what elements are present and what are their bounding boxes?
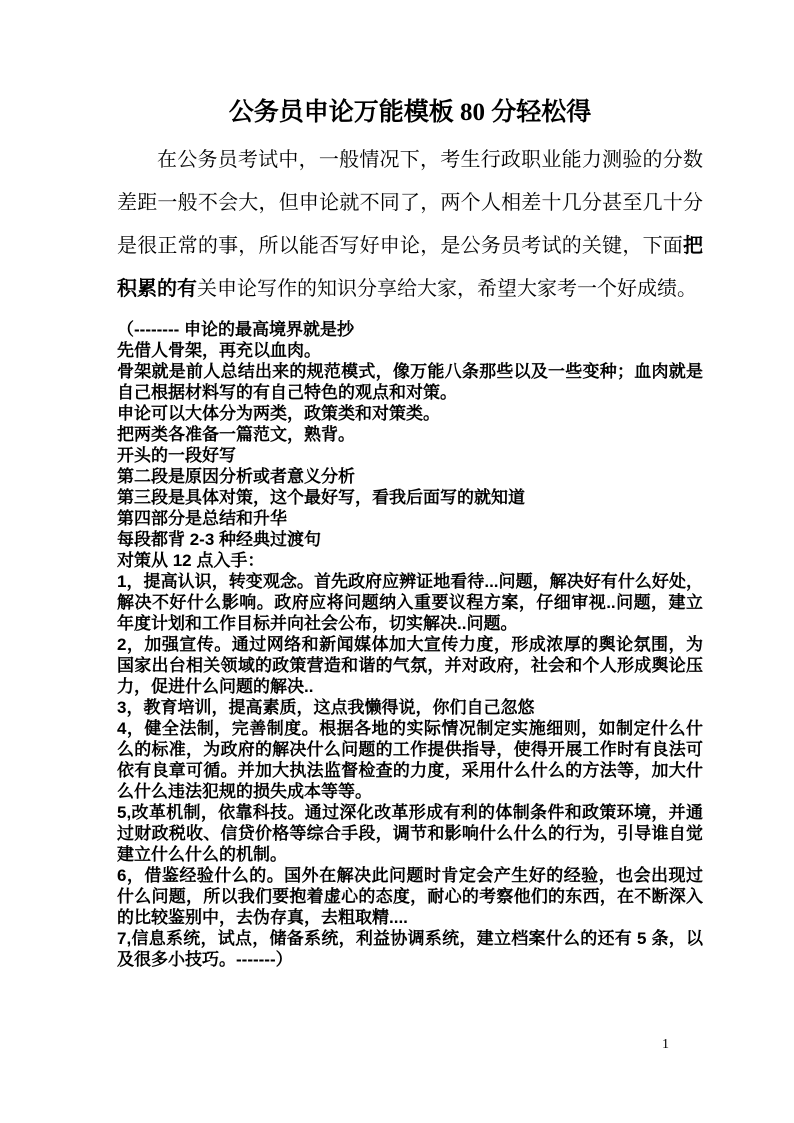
step-item: 6，借鉴经验什么的。国外在解决此问题时肯定会产生好的经验，也会出现过什么问题，所… bbox=[117, 865, 703, 928]
document-title: 公务员申论万能模板 80 分轻松得 bbox=[117, 95, 703, 130]
intro-paragraph: 在公务员考试中，一般情况下，考生行政职业能力测验的分数差距一般不会大，但申论就不… bbox=[117, 139, 703, 311]
intro-text-after: 关申论写作的知识分享给大家，希望大家考一个好成绩。 bbox=[197, 278, 697, 300]
note-line: 第四部分是总结和升华 bbox=[117, 508, 703, 529]
document-content: 公务员申论万能模板 80 分轻松得 在公务员考试中，一般情况下，考生行政职业能力… bbox=[117, 95, 703, 970]
step-item: 3，教育培训，提高素质，这点我懒得说，你们自己忽悠 bbox=[117, 697, 703, 718]
step-item: 1，提高认识，转变观念。首先政府应辨证地看待...问题，解决好有什么好处，解决不… bbox=[117, 571, 703, 634]
step-item: 4，健全法制，完善制度。根据各地的实际情况制定实施细则，如制定什么什么的标准，为… bbox=[117, 718, 703, 802]
step-item: 7,信息系统，试点，储备系统，利益协调系统，建立档案什么的还有 5 条，以及很多… bbox=[117, 928, 703, 970]
note-line: 把两类各准备一篇范文，熟背。 bbox=[117, 424, 703, 445]
document-page: 公务员申论万能模板 80 分轻松得 在公务员考试中，一般情况下，考生行政职业能力… bbox=[0, 0, 794, 1123]
note-line: 第三段是具体对策，这个最好写，看我后面写的就知道 bbox=[117, 487, 703, 508]
note-line: 先借人骨架，再充以血肉。 bbox=[117, 340, 703, 361]
note-line: （-------- 申论的最高境界就是抄 bbox=[117, 319, 703, 340]
intro-text-before: 在公务员考试中，一般情况下，考生行政职业能力测验的分数差距一般不会大，但申论就不… bbox=[117, 149, 703, 257]
notes-block: （-------- 申论的最高境界就是抄 先借人骨架，再充以血肉。 骨架就是前人… bbox=[117, 319, 703, 550]
note-line: 开头的一段好写 bbox=[117, 445, 703, 466]
note-line: 每段都背 2-3 种经典过渡句 bbox=[117, 529, 703, 550]
note-line: 第二段是原因分析或者意义分析 bbox=[117, 466, 703, 487]
note-line: 申论可以大体分为两类，政策类和对策类。 bbox=[117, 403, 703, 424]
steps-block: 对策从 12 点入手： 1，提高认识，转变观念。首先政府应辨证地看待...问题，… bbox=[117, 550, 703, 970]
page-number: 1 bbox=[662, 1037, 669, 1053]
step-item: 5,改革机制，依靠科技。通过深化改革形成有利的体制条件和政策环境，并通过财政税收… bbox=[117, 802, 703, 865]
note-line: 骨架就是前人总结出来的规范模式，像万能八条那些以及一些变种；血肉就是自己根据材料… bbox=[117, 361, 703, 403]
steps-heading: 对策从 12 点入手： bbox=[117, 550, 703, 571]
step-item: 2，加强宣传。通过网络和新闻媒体加大宣传力度，形成浓厚的舆论氛围，为国家出台相关… bbox=[117, 634, 703, 697]
